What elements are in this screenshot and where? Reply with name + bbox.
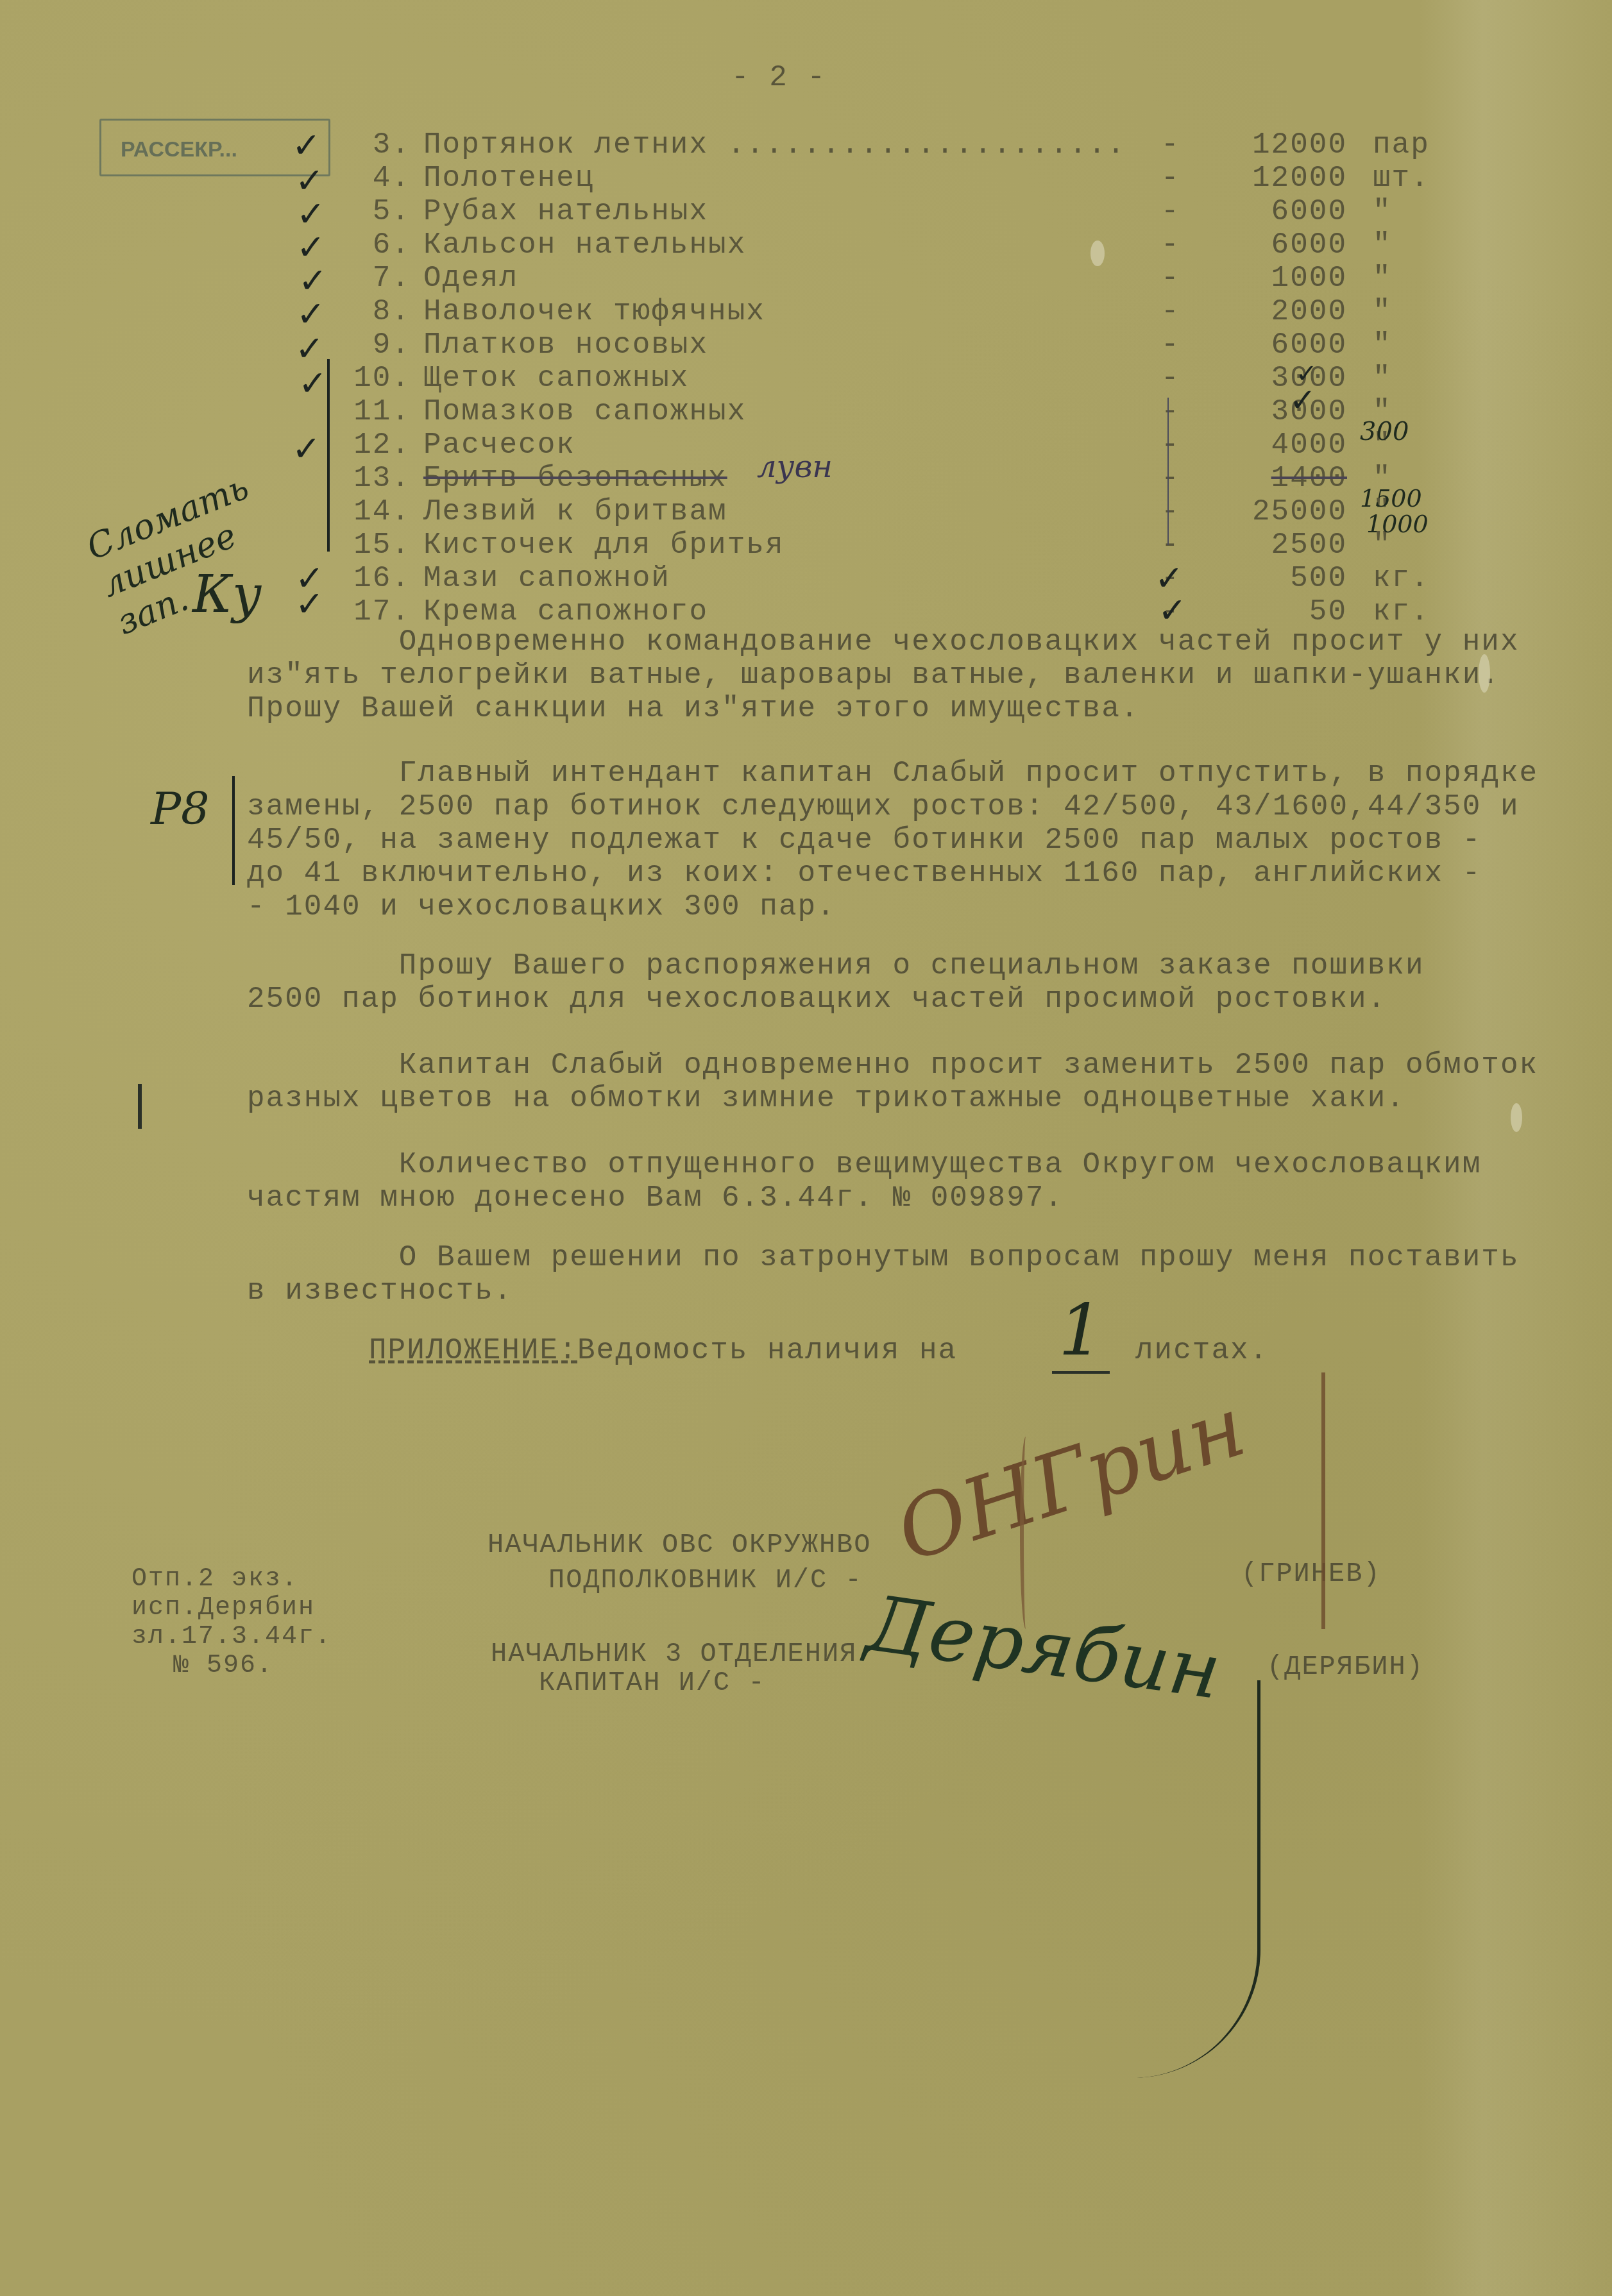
margin-mark bbox=[138, 1084, 142, 1129]
list-item: 3. Портянок летних .....................… bbox=[340, 128, 1418, 162]
list-item: 14. Лезвий к бритвам - 25000 " bbox=[340, 495, 1418, 528]
list-item: 6. Кальсон нательных - 6000 " bbox=[340, 228, 1418, 262]
list-item: 5. Рубах нательных - 6000 " bbox=[340, 195, 1418, 228]
paragraph-1: Одновременно командование чехословацких … bbox=[247, 625, 1562, 725]
signature-grinev: ОНГрин bbox=[885, 1377, 1256, 1580]
page-number: - 2 - bbox=[731, 61, 826, 94]
checkmark-icon: ✓ bbox=[298, 363, 327, 403]
attachment-suffix: листах. bbox=[1135, 1334, 1268, 1367]
handwritten-annotation: 1000 bbox=[1366, 510, 1429, 538]
checkmark-icon: ✓ bbox=[292, 428, 321, 469]
paragraph-4: Капитан Слабый одновременно просит замен… bbox=[247, 1049, 1562, 1115]
paragraph-3: Прошу Вашего распоряжения о специальном … bbox=[247, 949, 1562, 1016]
paragraph-6: О Вашем решении по затронутым вопросам п… bbox=[247, 1241, 1562, 1308]
list-item: 15. Кисточек для бритья - 2500 " bbox=[340, 528, 1418, 562]
list-item: 11. Помазков сапожных - 3000 " bbox=[340, 395, 1418, 428]
margin-bracket bbox=[327, 359, 330, 552]
paper-damage bbox=[1479, 654, 1490, 693]
attachment-sheet-count: 1 bbox=[1052, 1289, 1110, 1374]
list-item: 13. Бритв безопасных - 1400 " bbox=[340, 462, 1418, 495]
attachment-text: Ведомость наличия на bbox=[577, 1334, 957, 1367]
checkmark-icon: ✓ bbox=[1289, 382, 1316, 419]
list-item: 4. Полотенец - 12000 шт. bbox=[340, 162, 1418, 195]
paper-damage bbox=[1511, 1103, 1522, 1132]
list-item: 17. Крема сапожного - 50 кг. bbox=[340, 595, 1418, 629]
paragraph-5: Количество отпущенного вещимущества Окру… bbox=[247, 1148, 1562, 1215]
paragraph-mark: Р8 bbox=[151, 782, 210, 835]
list-item: 16. Мази сапожной - 500 кг. bbox=[340, 562, 1418, 595]
checkmark-icon: ✓ bbox=[295, 584, 324, 624]
paragraph-2: Главный интендант капитан Слабый просит … bbox=[247, 757, 1562, 924]
signature-stroke bbox=[1321, 1372, 1329, 1629]
checkmark-icon: ✓ bbox=[1158, 590, 1187, 630]
handwritten-annotation: лувн bbox=[757, 449, 833, 485]
list-item: 9. Платков носовых - 6000 " bbox=[340, 328, 1418, 362]
list-item: 12. Расчесок - 4000 " bbox=[340, 428, 1418, 462]
list-item: 8. Наволочек тюфячных - 2000 " bbox=[340, 295, 1418, 328]
margin-initials: Ку bbox=[192, 564, 262, 624]
paper-damage bbox=[1090, 241, 1105, 266]
signature-stroke bbox=[1026, 1680, 1260, 2078]
margin-bracket bbox=[232, 776, 235, 885]
list-item: 7. Одеял - 1000 " bbox=[340, 262, 1418, 295]
handwritten-annotation: 1500 bbox=[1360, 484, 1422, 512]
handwritten-annotation: 300 bbox=[1360, 417, 1409, 446]
margin-bracket bbox=[1167, 398, 1169, 545]
checkmark-icon: ✓ bbox=[292, 125, 321, 165]
attachment-label: ПРИЛОЖЕНИЕ: bbox=[369, 1334, 578, 1367]
list-item: 10. Щеток сапожных - 3000 " bbox=[340, 362, 1418, 395]
